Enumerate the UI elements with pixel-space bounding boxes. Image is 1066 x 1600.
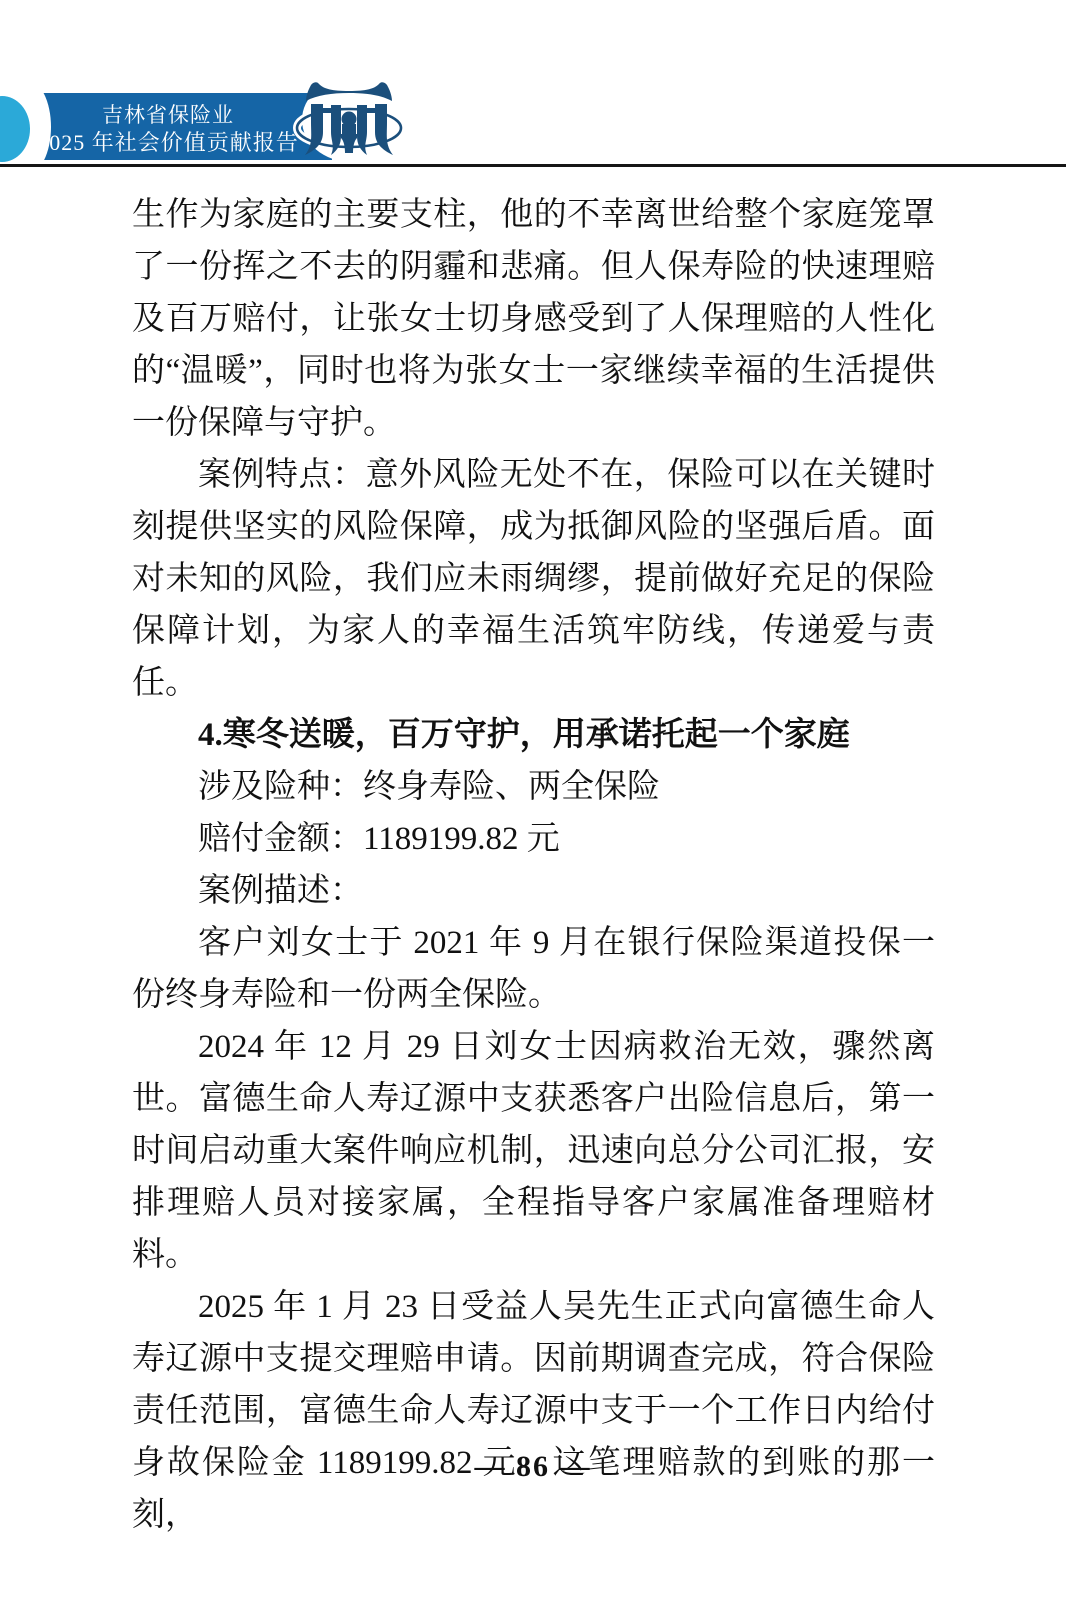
case-4-heading: 4.寒冬送暖，百万守护，用承诺托起一个家庭 xyxy=(132,709,935,761)
header-rule xyxy=(0,164,1066,167)
paragraph-case-feature: 案例特点：意外风险无处不在，保险可以在关键时刻提供坚实的风险保障，成为抵御风险的… xyxy=(132,449,935,709)
case-description-label: 案例描述： xyxy=(132,865,935,917)
banner-title-line2: 2025 年社会价值贡献报告 xyxy=(37,130,299,155)
paragraph-policy-info: 客户刘女士于 2021 年 9 月在银行保险渠道投保一份终身寿险和一份两全保险。 xyxy=(132,917,935,1021)
paragraph-claim-payout: 2025 年 1 月 23 日受益人吴先生正式向富德生命人寿辽源中支提交理赔申请… xyxy=(132,1281,935,1541)
header-banner: 吉林省保险业 2025 年社会价值贡献报告 xyxy=(0,74,430,166)
paragraph-incident: 2024 年 12 月 29 日刘女士因病救治无效，骤然离世。富德生命人寿辽源中… xyxy=(132,1021,935,1281)
payout-amount-line: 赔付金额：1189199.82 元 xyxy=(132,813,935,865)
page-number: — 86 — xyxy=(0,1450,1066,1484)
banner-title-line1: 吉林省保险业 xyxy=(102,103,234,127)
document-body: 生作为家庭的主要支柱，他的不幸离世给整个家庭笼罩了一份挥之不去的阴霾和悲痛。但人… xyxy=(132,189,935,1541)
insurance-type-line: 涉及险种：终身寿险、两全保险 xyxy=(132,761,935,813)
report-page: 吉林省保险业 2025 年社会价值贡献报告 xyxy=(0,0,1066,1600)
paragraph-continued: 生作为家庭的主要支柱，他的不幸离世给整个家庭笼罩了一份挥之不去的阴霾和悲痛。但人… xyxy=(132,189,935,449)
